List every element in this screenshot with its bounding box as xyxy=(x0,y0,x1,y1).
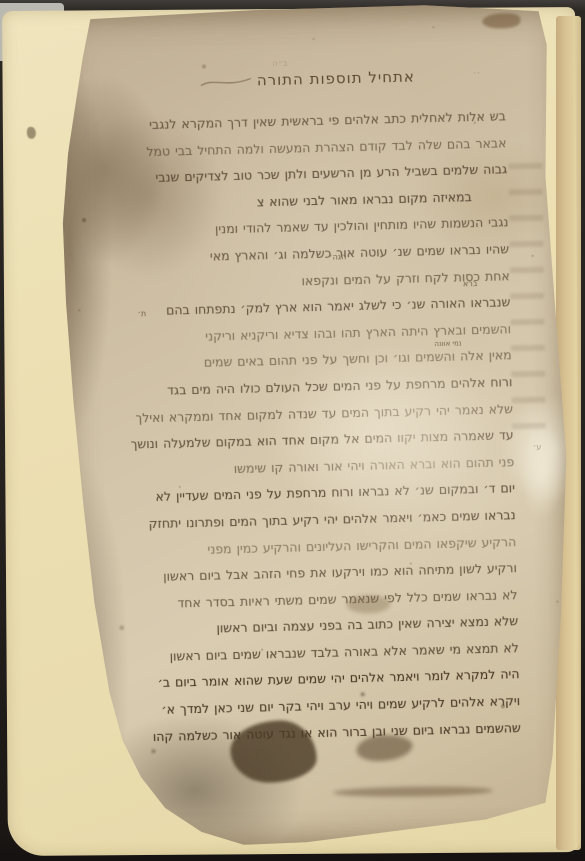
manuscript-photo: { "page": { "kind": "medieval Hebrew man… xyxy=(0,0,585,861)
interlinear-gloss-bara: ברא xyxy=(463,279,478,288)
stain-streak-bottom xyxy=(333,786,493,798)
under-leaf-ink-mark xyxy=(27,127,36,139)
water-stain-center xyxy=(297,333,536,552)
manuscript-leaf: ב״ה אתחיל תוספות התורה ׳׳ בש אלות לאחלית… xyxy=(50,2,576,851)
interlinear-gloss-hagah: הגה׳ xyxy=(329,252,346,261)
header-mark: ב״ה xyxy=(272,59,287,68)
ink-blot-bottom xyxy=(230,720,317,783)
light-patch-right-edge xyxy=(518,422,565,519)
page-title: אתחיל תוספות התורה xyxy=(151,66,464,100)
title-text: אתחיל תוספות התורה xyxy=(257,67,416,89)
ink-blot-bottom-2 xyxy=(356,735,412,762)
stain-spot-top-right xyxy=(482,13,520,29)
pen-trial-mark: ׳׳ xyxy=(473,70,481,80)
title-flourish-icon xyxy=(199,75,253,88)
interlinear-gloss-tav: ת׳ xyxy=(137,309,146,318)
